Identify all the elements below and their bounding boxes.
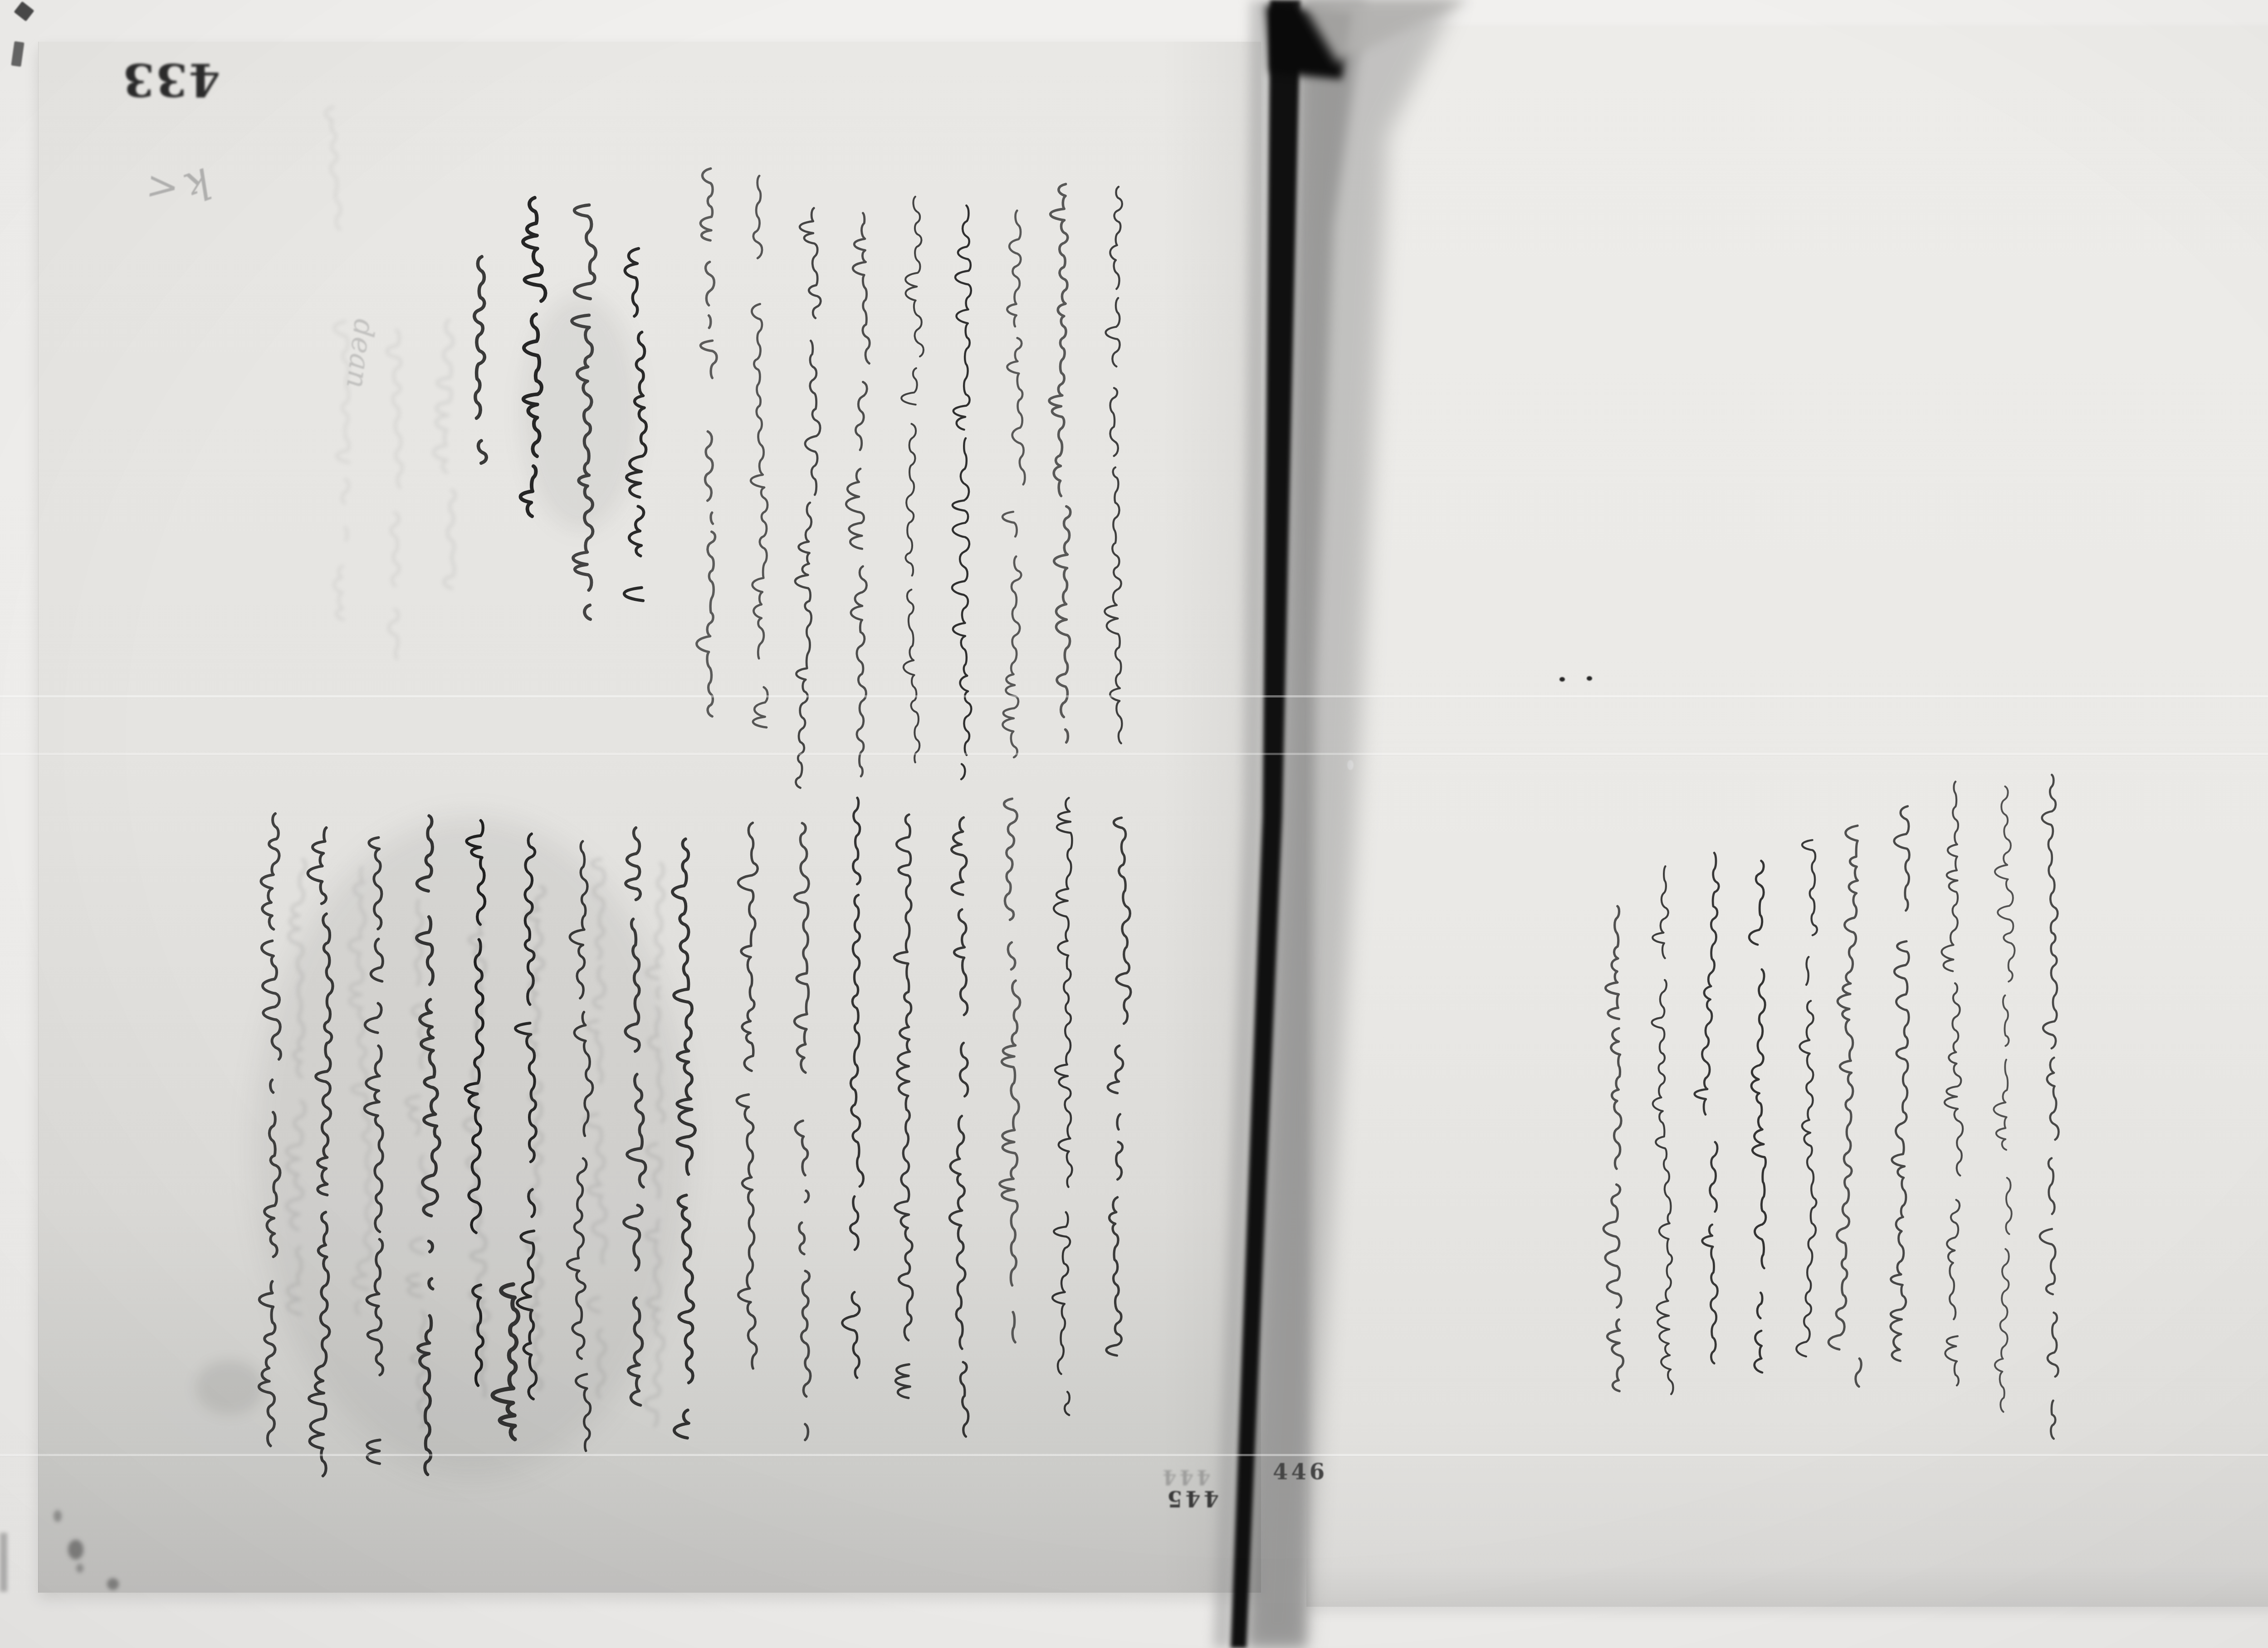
bleedthrough-ghost-columns xyxy=(287,859,665,1427)
docket-block xyxy=(474,198,646,619)
scan-canvas: 433 434 446 445 444 < k dean xyxy=(0,0,2268,1648)
handwriting-ink-layer xyxy=(0,0,2268,1648)
scan-artifact-line xyxy=(0,1454,2268,1456)
pencil-word: dean xyxy=(342,317,379,390)
pencil-mark-left: < xyxy=(144,167,180,209)
ink-dot xyxy=(1559,677,1565,682)
pencil-ghost-column xyxy=(326,107,341,229)
right-page-text-band xyxy=(1603,775,2058,1439)
frame-number-444: 444 xyxy=(1159,1467,1211,1487)
ink-dot xyxy=(1587,676,1592,681)
page-number-stamp-433: 433 xyxy=(122,57,220,102)
scan-artifact-line xyxy=(0,753,2268,755)
frame-number-445: 445 xyxy=(1164,1487,1219,1509)
book-spine xyxy=(1213,0,1470,1648)
frame-number-446: 446 xyxy=(1273,1461,1328,1483)
lower-text-band-right xyxy=(737,798,1131,1440)
signature-flourish xyxy=(493,1284,518,1439)
lower-text-band-left xyxy=(259,814,695,1476)
scan-artifact-line xyxy=(0,695,2268,697)
